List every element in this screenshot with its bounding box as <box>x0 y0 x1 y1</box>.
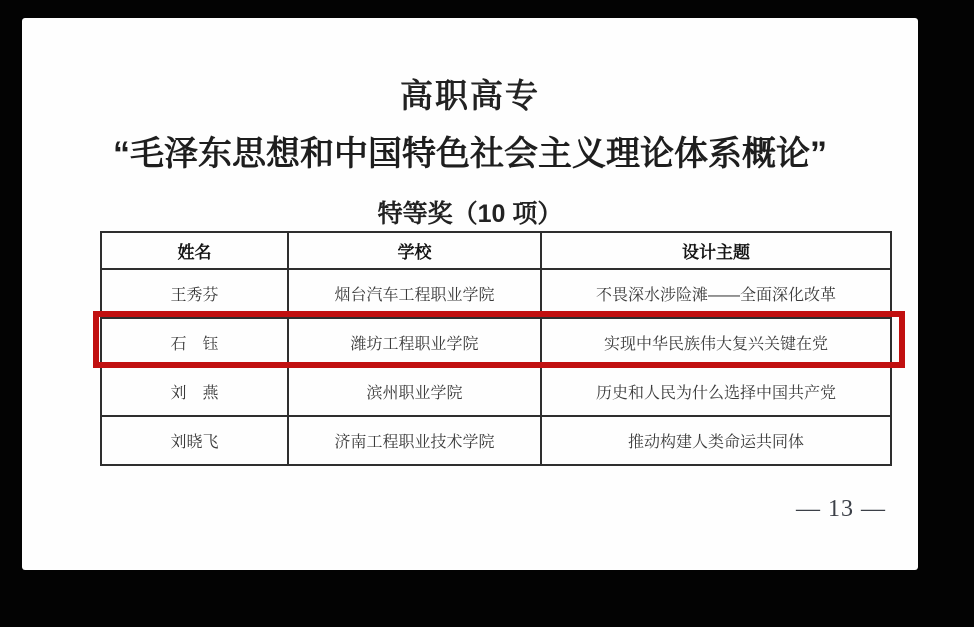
cell-theme: 不畏深水涉险滩——全面深化改革 <box>541 269 891 318</box>
header-school: 学校 <box>288 232 541 269</box>
header-design-theme: 设计主题 <box>541 232 891 269</box>
cell-theme: 推动构建人类命运共同体 <box>541 416 891 465</box>
cell-school: 济南工程职业技术学院 <box>288 416 541 465</box>
table-row: 王秀芬 烟台汽车工程职业学院 不畏深水涉险滩——全面深化改革 <box>101 269 891 318</box>
cell-name: 刘晓飞 <box>101 416 288 465</box>
course-subtitle: “毛泽东思想和中国特色社会主义理论体系概论” <box>22 126 918 175</box>
cell-name: 石 钰 <box>101 318 288 367</box>
page-title: 高职高专 <box>22 70 918 117</box>
table-row-highlighted: 石 钰 潍坊工程职业学院 实现中华民族伟大复兴关键在党 <box>101 318 891 367</box>
cell-name: 王秀芬 <box>101 269 288 318</box>
table-row: 刘晓飞 济南工程职业技术学院 推动构建人类命运共同体 <box>101 416 891 465</box>
document-page: 高职高专 “毛泽东思想和中国特色社会主义理论体系概论” 特等奖（10 项） 姓名… <box>22 18 918 570</box>
table-row: 刘 燕 滨州职业学院 历史和人民为什么选择中国共产党 <box>101 367 891 416</box>
table-header-row: 姓名 学校 设计主题 <box>101 232 891 269</box>
cell-theme: 历史和人民为什么选择中国共产党 <box>541 367 891 416</box>
cell-school: 潍坊工程职业学院 <box>288 318 541 367</box>
cell-school: 烟台汽车工程职业学院 <box>288 269 541 318</box>
scanned-document-view: 高职高专 “毛泽东思想和中国特色社会主义理论体系概论” 特等奖（10 项） 姓名… <box>0 0 974 627</box>
cell-theme: 实现中华民族伟大复兴关键在党 <box>541 318 891 367</box>
award-table: 姓名 学校 设计主题 王秀芬 烟台汽车工程职业学院 不畏深水涉险滩——全面深化改… <box>100 231 892 466</box>
award-section-title: 特等奖（10 项） <box>22 194 918 230</box>
page-number: — 13 — <box>796 496 886 523</box>
header-name: 姓名 <box>101 232 288 269</box>
cell-name: 刘 燕 <box>101 367 288 416</box>
cell-school: 滨州职业学院 <box>288 367 541 416</box>
